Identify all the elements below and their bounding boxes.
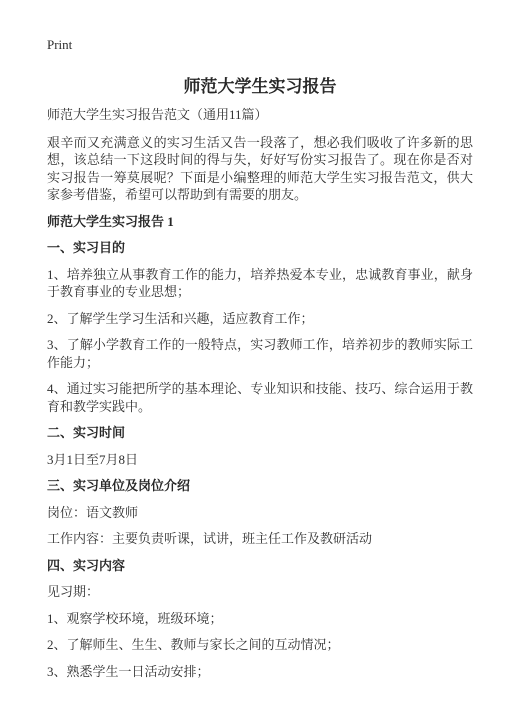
document-subtitle: 师范大学生实习报告范文（通用11篇） — [47, 106, 473, 124]
paragraph-content-3: 3、熟悉学生一日活动安排； — [47, 663, 473, 681]
page-title: 师范大学生实习报告 — [47, 75, 473, 99]
paragraph-time-range: 3月1日至7月8日 — [47, 451, 473, 469]
print-button[interactable]: Print — [47, 36, 72, 53]
section-heading-unit: 三、实习单位及岗位介绍 — [47, 477, 473, 495]
section-heading-purpose: 一、实习目的 — [47, 239, 473, 257]
paragraph-content-2: 2、了解师生、生生、教师与家长之间的互动情况； — [47, 636, 473, 654]
paragraph-content-1: 1、观察学校环境，班级环境； — [47, 610, 473, 628]
paragraph-purpose-1: 1、培养独立从事教育工作的能力，培养热爱本专业，忠诚教育事业，献身于教育事业的专… — [47, 266, 473, 301]
section-heading-time: 二、实习时间 — [47, 424, 473, 442]
report-1-heading: 师范大学生实习报告 1 — [47, 213, 473, 231]
intro-paragraph: 艰辛而又充满意义的实习生活又告一段落了，想必我们吸收了许多新的思想，该总结一下这… — [47, 134, 473, 204]
paragraph-trainee-period: 见习期： — [47, 583, 473, 601]
paragraph-purpose-4: 4、通过实习能把所学的基本理论、专业知识和技能、技巧、综合运用于教育和教学实践中… — [47, 380, 473, 415]
paragraph-work-content: 工作内容：主要负责听课，试讲，班主任工作及教研活动 — [47, 530, 473, 548]
paragraph-position: 岗位：语文教师 — [47, 504, 473, 522]
document-page: Print 师范大学生实习报告 师范大学生实习报告范文（通用11篇） 艰辛而又充… — [0, 0, 520, 718]
paragraph-purpose-3: 3、了解小学教育工作的一般特点，实习教师工作，培养初步的教师实际工作能力； — [47, 336, 473, 371]
section-heading-content: 四、实习内容 — [47, 557, 473, 575]
paragraph-purpose-2: 2、了解学生学习生活和兴趣，适应教育工作； — [47, 310, 473, 328]
